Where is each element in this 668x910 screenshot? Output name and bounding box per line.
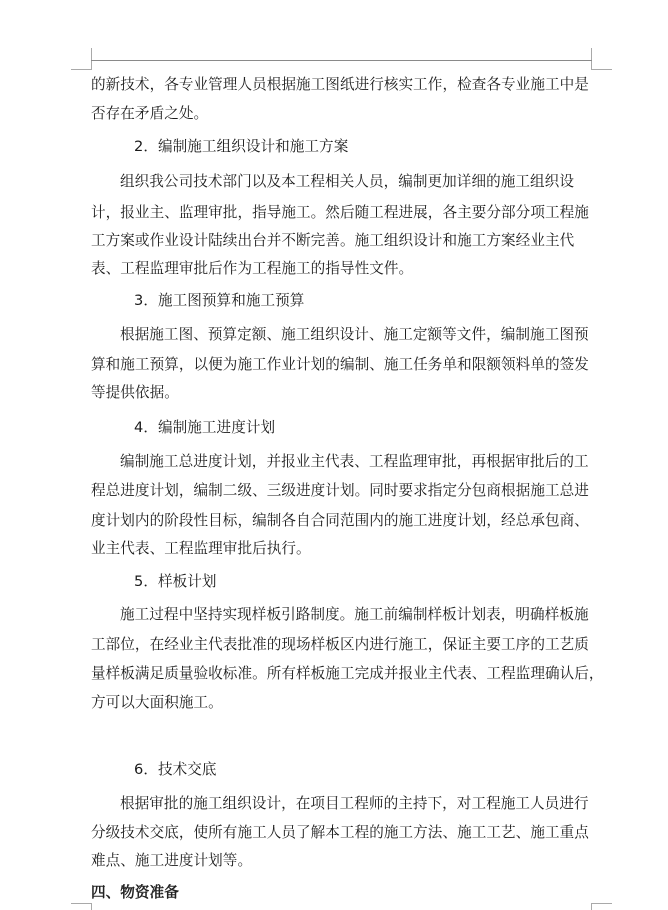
body-text-line: 计，报业主、监理审批，指导施工。然后随工程进展，各主要分部分项工程施 <box>91 198 589 228</box>
bottom-right-crop-mark-horizontal <box>591 903 612 904</box>
body-text-line: 等提供依据。 <box>91 378 179 408</box>
paragraph-first-line: 编制施工总进度计划，并报业主代表、工程监理审批，再根据审批后的工 <box>120 447 589 477</box>
paragraph-first-line: 根据审批的施工组织设计，在项目工程师的主持下，对工程施工人员进行 <box>120 789 589 819</box>
body-text-line: 工方案或作业设计陆续出台并不断完善。施工组织设计和施工方案经业主代 <box>91 226 574 256</box>
bottom-right-crop-mark-vertical <box>591 903 592 910</box>
body-text-line: 否存在矛盾之处。 <box>91 99 208 129</box>
subheading-3: 3．施工图预算和施工预算 <box>134 286 304 316</box>
body-text-line: 度计划内的阶段性目标，编制各自合同范围内的施工进度计划，经总承包商、 <box>91 506 589 536</box>
body-text-line: 难点、施工进度计划等。 <box>91 846 252 876</box>
header-rule <box>91 60 592 61</box>
subheading-4: 4．编制施工进度计划 <box>134 413 275 443</box>
body-text-line: 量样板满足质量验收标准。所有样板施工完成并报业主代表、工程监理确认后， <box>91 659 604 689</box>
paragraph-first-line: 施工过程中坚持实现样板引路制度。施工前编制样板计划表，明确样板施 <box>120 600 589 630</box>
body-text-line: 算和施工预算，以便为施工作业计划的编制、施工任务单和限额领料单的签发 <box>91 350 589 380</box>
subheading-6: 6．技术交底 <box>134 755 217 785</box>
paragraph-first-line: 组织我公司技术部门以及本工程相关人员，编制更加详细的施工组织设 <box>120 167 574 197</box>
top-right-crop-mark-vertical <box>591 48 592 69</box>
body-text-line: 方可以大面积施工。 <box>91 688 223 718</box>
body-text-line: 工部位，在经业主代表批准的现场样板区内进行施工，保证主要工序的工艺质 <box>91 630 589 660</box>
body-text-line: 的新技术，各专业管理人员根据施工图纸进行核实工作，检查各专业施工中是 <box>91 70 589 100</box>
body-text-line: 程总进度计划，编制二级、三级进度计划。同时要求指定分包商根据施工总进 <box>91 476 589 506</box>
subheading-2: 2．编制施工组织设计和施工方案 <box>134 132 348 162</box>
bottom-left-crop-mark-horizontal <box>71 903 92 904</box>
body-text-line: 业主代表、工程监理审批后执行。 <box>91 534 311 564</box>
top-right-crop-mark-horizontal <box>591 69 612 70</box>
section-heading: 四、物资准备 <box>91 878 179 908</box>
body-text-line: 分级技术交底，使所有施工人员了解本工程的施工方法、施工工艺、施工重点 <box>91 818 589 848</box>
paragraph-first-line: 根据施工图、预算定额、施工组织设计、施工定额等文件，编制施工图预 <box>120 320 589 350</box>
top-left-crop-mark-vertical <box>91 48 92 69</box>
top-left-crop-mark-horizontal <box>71 69 92 70</box>
subheading-5: 5．样板计划 <box>134 567 217 597</box>
body-text-line: 表、工程监理审批后作为工程施工的指导性文件。 <box>91 254 413 284</box>
